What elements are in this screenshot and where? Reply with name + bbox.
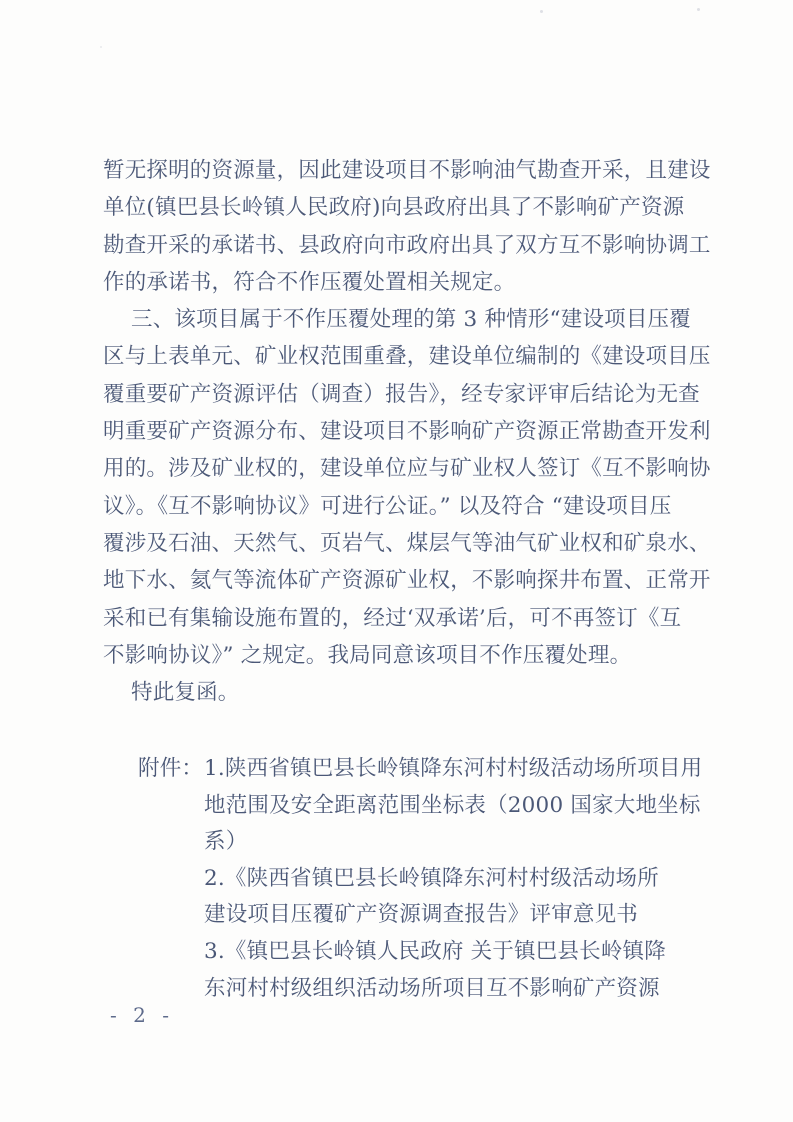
body-line: 议》。《互不影响协议》可进行公证。” 以及符合 “建设项目压 bbox=[103, 488, 707, 525]
scan-speck bbox=[100, 46, 102, 48]
attachment-item-line: 东河村村级组织活动场所项目互不影响矿产资源 bbox=[138, 971, 738, 1008]
attachment-item: 附件： 1.陕西省镇巴县长岭镇降东河村村级活动场所项目用 bbox=[138, 751, 738, 788]
body-line: 采和已有集输设施布置的，经过‘双承诺’后，可不再签订《互 bbox=[103, 600, 707, 637]
body-text: 暂无探明的资源量，因此建设项目不影响油气勘查开采，且建设 单位(镇巴县长岭镇人民… bbox=[103, 152, 707, 711]
attachment-item-line: 2.《陕西省镇巴县长岭镇降东河村村级活动场所 bbox=[138, 861, 738, 898]
body-line: 暂无探明的资源量，因此建设项目不影响油气勘查开采，且建设 bbox=[103, 152, 707, 189]
body-line: 单位(镇巴县长岭镇人民政府)向县政府出具了不影响矿产资源 bbox=[103, 189, 707, 226]
body-line: 区与上表单元、矿业权范围重叠，建设单位编制的《建设项目压 bbox=[103, 338, 707, 375]
body-line: 不影响协议》” 之规定。我局同意该项目不作压覆处理。 bbox=[103, 637, 707, 674]
page-number: - 2 - bbox=[110, 1003, 174, 1027]
attachment-label: 附件： bbox=[138, 751, 204, 788]
attachment-item-line: 建设项目压覆矿产资源调查报告》评审意见书 bbox=[138, 897, 738, 934]
attachment-item-line: 3.《镇巴县长岭镇人民政府 关于镇巴县长岭镇降 bbox=[138, 934, 738, 971]
attachment-item-line: 地范围及安全距离范围坐标表（2000 国家大地坐标 bbox=[138, 788, 738, 825]
body-line: 三、该项目属于不作压覆处理的第 3 种情形“建设项目压覆 bbox=[103, 301, 707, 338]
scan-speck bbox=[697, 8, 700, 11]
body-line: 地下水、氦气等流体矿产资源矿业权，不影响探井布置、正常开 bbox=[103, 562, 707, 599]
body-line: 覆重要矿产资源评估（调查）报告》，经专家评审后结论为无查 bbox=[103, 376, 707, 413]
body-line: 覆涉及石油、天然气、页岩气、煤层气等油气矿业权和矿泉水、 bbox=[103, 525, 707, 562]
body-line: 勘查开采的承诺书、县政府向市政府出具了双方互不影响协调工 bbox=[103, 227, 707, 264]
scanned-document-page: 暂无探明的资源量，因此建设项目不影响油气勘查开采，且建设 单位(镇巴县长岭镇人民… bbox=[0, 0, 793, 1122]
attachment-list: 附件： 1.陕西省镇巴县长岭镇降东河村村级活动场所项目用 地范围及安全距离范围坐… bbox=[138, 751, 738, 1007]
scan-speck bbox=[540, 10, 543, 13]
body-line: 用的。涉及矿业权的，建设单位应与矿业权人签订《互不影响协 bbox=[103, 450, 707, 487]
attachment-item-line: 1.陕西省镇巴县长岭镇降东河村村级活动场所项目用 bbox=[204, 751, 702, 788]
body-line: 作的承诺书，符合不作压覆处置相关规定。 bbox=[103, 264, 707, 301]
attachment-item-line: 系） bbox=[138, 824, 738, 861]
closing-line: 特此复函。 bbox=[103, 674, 707, 711]
body-line: 明重要矿产资源分布、建设项目不影响矿产资源正常勘查开发利 bbox=[103, 413, 707, 450]
